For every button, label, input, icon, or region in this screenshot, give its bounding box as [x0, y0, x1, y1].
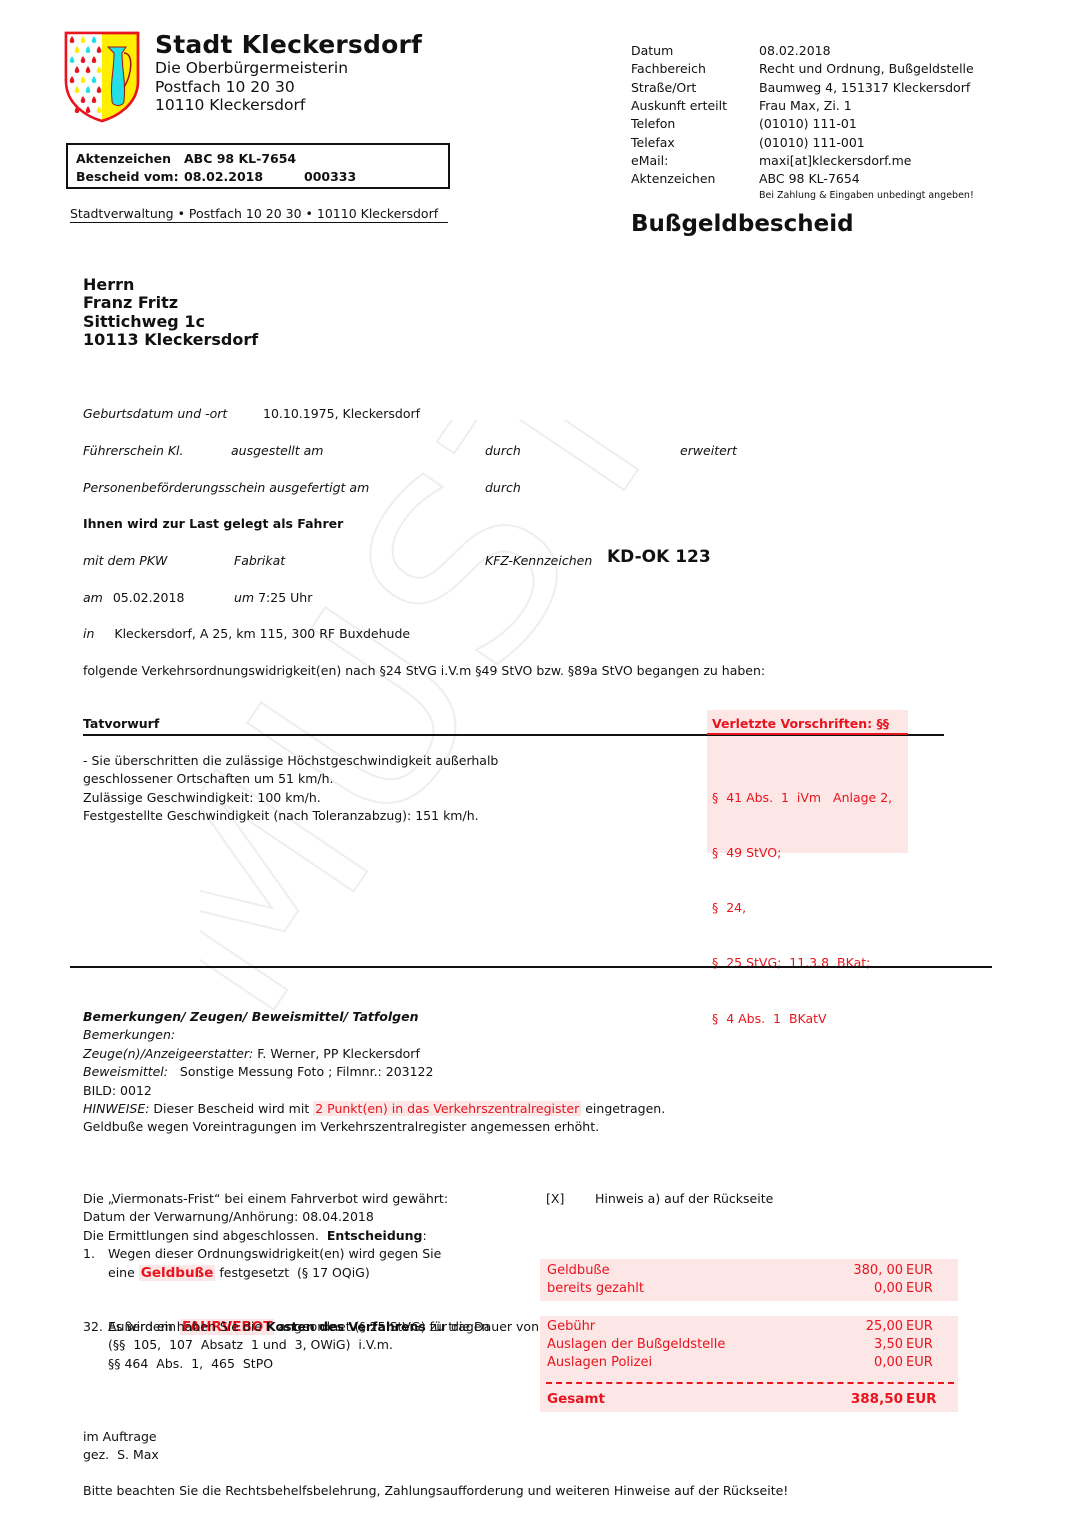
make-label: Fabrikat [234, 552, 285, 570]
four-month-note: Hinweis a) auf der Rückseite [595, 1190, 773, 1208]
info-label: Aktenzeichen [631, 170, 715, 188]
sender-return-address: Stadtverwaltung • Postfach 10 20 30 • 10… [70, 206, 448, 223]
remarks-section: Bemerkungen/ Zeugen/ Beweismittel/ Tatfo… [83, 1008, 665, 1137]
info-value: Baumweg 4, 151317 Kleckersdorf [759, 79, 970, 97]
violation-intro: folgende Verkehrsordnungswidrigkeit(en) … [83, 662, 765, 680]
four-month-rule: Die „Viermonats-Frist“ bei einem Fahrver… [83, 1190, 448, 1208]
cost-label: Auslagen Polizei [547, 1355, 652, 1370]
offense-time-label: um [234, 590, 254, 605]
offense-date: am 05.02.2018 [83, 589, 184, 607]
ref-number: 000333 [304, 169, 356, 184]
cost-currency: EUR [906, 1263, 958, 1278]
license-by-label: durch [485, 442, 521, 460]
decision-intro: Die Ermittlungen sind abgeschlossen. Ent… [83, 1227, 448, 1245]
org-city: 10110 Kleckersdorf [155, 96, 348, 115]
law-item: § 49 StVO; [712, 844, 892, 862]
cost-currency: EUR [906, 1319, 958, 1334]
procedure-costs-box: Gebühr 25,00 EUR Auslagen der Bußgeldste… [540, 1316, 958, 1412]
info-value: Recht und Ordnung, Bußgeldstelle [759, 60, 974, 78]
decision-colon: : [423, 1228, 427, 1243]
offense-place-value: Kleckersdorf, A 25, km 115, 300 RF Buxde… [114, 626, 410, 641]
plate-label: KFZ-Kennzeichen [485, 552, 592, 570]
law-item: § 24, [712, 899, 892, 917]
recipient-salutation: Herrn [83, 276, 258, 294]
offense-line: - Sie überschritten die zulässige Höchst… [83, 752, 498, 770]
org-address: Die Oberbürgermeisterin Postfach 10 20 3… [155, 59, 348, 115]
decision-item-3: 3.Außerdem haben Sie die Kosten des Verf… [83, 1318, 393, 1373]
offense-heading: Tatvorwurf [83, 715, 159, 733]
offense-place: in Kleckersdorf, A 25, km 115, 300 RF Bu… [83, 625, 410, 643]
fine-box: Geldbuße 380, 00 EUR bereits gezahlt 0,0… [540, 1259, 958, 1301]
total-label: Gesamt [547, 1391, 605, 1407]
costs-label: Kosten des Verfahrens [266, 1319, 426, 1334]
concluded-text: Die Ermittlungen sind abgeschlossen. [83, 1228, 327, 1243]
notice-label: HINWEISE: [83, 1101, 149, 1116]
cost-amount: 25,00 [866, 1319, 903, 1334]
decision-item-1: 1. Wegen dieser Ordnungswidrigkeit(en) w… [83, 1245, 448, 1263]
recipient-street: Sittichweg 1c [83, 313, 258, 331]
info-value: (01010) 111-001 [759, 134, 865, 152]
recipient-name: Franz Fritz [83, 294, 258, 312]
cost-amount: 380, 00 [853, 1263, 903, 1278]
license-issued-label: ausgestellt am [231, 442, 323, 460]
witness-value: F. Werner, PP Kleckersdorf [253, 1046, 420, 1061]
evidence-value: Sonstige Messung Foto ; Filmnr.: 203122 [168, 1064, 433, 1079]
ref-date-value: 08.02.2018 [184, 169, 263, 184]
item-text: Wegen dieser Ordnungswidrigkeit(en) wird… [108, 1245, 441, 1263]
violated-rules-list: § 41 Abs. 1 iVm Anlage 2, § 49 StVO; § 2… [712, 752, 892, 1047]
cost-label: Auslagen der Bußgeldstelle [547, 1337, 725, 1352]
birth-label: Geburtsdatum und -ort [83, 405, 227, 423]
notice-text: Dieser Bescheid wird mit [149, 1101, 313, 1116]
license-extended-label: erweitert [680, 442, 737, 460]
violated-rules-heading: Verletzte Vorschriften: §§ [712, 715, 889, 733]
notice-line: HINWEISE: Dieser Bescheid wird mit 2 Pun… [83, 1100, 665, 1118]
offense-time-value: 7:25 Uhr [258, 590, 312, 605]
offense-line: Zulässige Geschwindigkeit: 100 km/h. [83, 789, 498, 807]
violated-rules-rule [707, 733, 908, 735]
total-separator [546, 1382, 954, 1384]
info-note: Bei Zahlung & Eingaben unbedingt angeben… [759, 190, 974, 201]
reference-box: Aktenzeichen ABC 98 KL-7654 Bescheid vom… [66, 143, 450, 189]
cost-amount: 0,00 [874, 1355, 903, 1370]
charge-heading: Ihnen wird zur Last gelegt als Fahrer [83, 515, 343, 533]
org-postbox: Postfach 10 20 30 [155, 78, 348, 97]
info-value: maxi[at]kleckersdorf.me [759, 152, 911, 170]
decision-item-1-line-2: eine Geldbuße festgesetzt (§ 17 OQiG) [83, 1264, 448, 1282]
signature-on-behalf: im Auftrage [83, 1428, 159, 1446]
info-value: (01010) 111-01 [759, 115, 857, 133]
org-subtitle: Die Oberbürgermeisterin [155, 59, 348, 78]
item-text: festgesetzt (§ 17 OQiG) [215, 1265, 369, 1280]
cost-currency: EUR [906, 1355, 958, 1370]
notice-text-end: eingetragen. [581, 1101, 665, 1116]
info-value: 08.02.2018 [759, 42, 831, 60]
cost-amount: 3,50 [874, 1337, 903, 1352]
offense-description: - Sie überschritten die zulässige Höchst… [83, 752, 498, 826]
points-highlight: 2 Punkt(en) in das Verkehrszentralregist… [313, 1101, 581, 1116]
svg-text:MUSTER: MUSTER [200, 420, 760, 1040]
info-label: Telefon [631, 115, 675, 133]
offense-line: geschlossener Ortschaften um 51 km/h. [83, 770, 498, 788]
image-line: BILD: 0012 [83, 1082, 665, 1100]
passenger-permit-label: Personenbeförderungsschein ausgefertigt … [83, 479, 369, 497]
law-item: § 25 StVG; 11.3.8 BKat; [712, 954, 892, 972]
info-label: Straße/Ort [631, 79, 696, 97]
recipient-address: Herrn Franz Fritz Sittichweg 1c 10113 Kl… [83, 276, 258, 349]
item-text: (§§ 105, 107 Absatz 1 und 3, OWiG) i.V.m… [83, 1336, 393, 1354]
vehicle-label: mit dem PKW [83, 552, 167, 570]
ref-label: Aktenzeichen [76, 151, 171, 166]
cost-amount: 0,00 [874, 1281, 903, 1296]
cost-label: Gebühr [547, 1319, 595, 1334]
org-name: Stadt Kleckersdorf [155, 30, 422, 59]
cost-currency: EUR [906, 1281, 958, 1296]
offense-place-label: in [83, 626, 94, 641]
plate-value: KD-OK 123 [607, 547, 711, 567]
footer-note: Bitte beachten Sie die Rechtsbehelfsbele… [83, 1482, 788, 1500]
cost-label: bereits gezahlt [547, 1281, 644, 1296]
decision-label: Entscheidung [327, 1228, 423, 1243]
info-label: eMail: [631, 152, 668, 170]
section-divider [70, 966, 992, 968]
info-label: Telefax [631, 134, 675, 152]
evidence-label: Beweismittel: [83, 1064, 168, 1079]
law-item: § 4 Abs. 1 BKatV [712, 1010, 892, 1028]
item-text: zu tragen [426, 1319, 490, 1334]
remarks-heading: Bemerkungen/ Zeugen/ Beweismittel/ Tatfo… [83, 1008, 665, 1026]
muster-watermark: MUSTER [200, 420, 760, 1040]
passenger-permit-by-label: durch [485, 479, 521, 497]
signature-name: gez. S. Max [83, 1446, 159, 1464]
ref-row-date: Bescheid vom: 08.02.2018 000333 [76, 169, 179, 184]
ref-row-file-number: Aktenzeichen ABC 98 KL-7654 [76, 151, 171, 166]
city-coat-of-arms-icon [64, 31, 140, 123]
license-label: Führerschein Kl. [83, 442, 184, 460]
decision-section: Die „Viermonats-Frist“ bei einem Fahrver… [83, 1190, 448, 1282]
notice-line-2: Geldbuße wegen Voreintragungen im Verkeh… [83, 1118, 665, 1136]
law-item: § 41 Abs. 1 iVm Anlage 2, [712, 789, 892, 807]
total-currency: EUR [906, 1391, 958, 1407]
remarks-label: Bemerkungen: [83, 1026, 665, 1044]
witness-line: Zeuge(n)/Anzeigeerstatter: F. Werner, PP… [83, 1045, 665, 1063]
fine-highlight: Geldbuße [139, 1265, 216, 1281]
info-label: Fachbereich [631, 60, 706, 78]
signature-block: im Auftrage gez. S. Max [83, 1428, 159, 1465]
offense-line: Festgestellte Geschwindigkeit (nach Tole… [83, 807, 498, 825]
item-text: Außerdem haben Sie die [108, 1319, 266, 1334]
offense-time: um 7:25 Uhr [234, 589, 312, 607]
document-title: Bußgeldbescheid [631, 211, 854, 237]
info-value: ABC 98 KL-7654 [759, 170, 860, 188]
ref-value: ABC 98 KL-7654 [184, 151, 296, 166]
item-text: §§ 464 Abs. 1, 465 StPO [83, 1355, 393, 1373]
evidence-line: Beweismittel: Sonstige Messung Foto ; Fi… [83, 1063, 665, 1081]
item-text: eine [108, 1265, 139, 1280]
recipient-city: 10113 Kleckersdorf [83, 331, 258, 349]
offense-date-label: am [83, 590, 103, 605]
hearing-date: Datum der Verwarnung/Anhörung: 08.04.201… [83, 1208, 448, 1226]
cost-currency: EUR [906, 1337, 958, 1352]
ref-date-label: Bescheid vom: [76, 169, 179, 184]
offense-date-value: 05.02.2018 [113, 590, 185, 605]
info-label: Datum [631, 42, 673, 60]
info-value: Frau Max, Zi. 1 [759, 97, 852, 115]
four-month-checkbox[interactable]: [X] [546, 1190, 564, 1208]
item-number: 3. [83, 1319, 95, 1334]
cost-label: Geldbuße [547, 1263, 610, 1278]
total-amount: 388,50 [851, 1391, 903, 1407]
birth-value: 10.10.1975, Kleckersdorf [263, 405, 420, 423]
info-label: Auskunft erteilt [631, 97, 727, 115]
witness-label: Zeuge(n)/Anzeigeerstatter: [83, 1046, 253, 1061]
item-number: 1. [83, 1246, 95, 1261]
